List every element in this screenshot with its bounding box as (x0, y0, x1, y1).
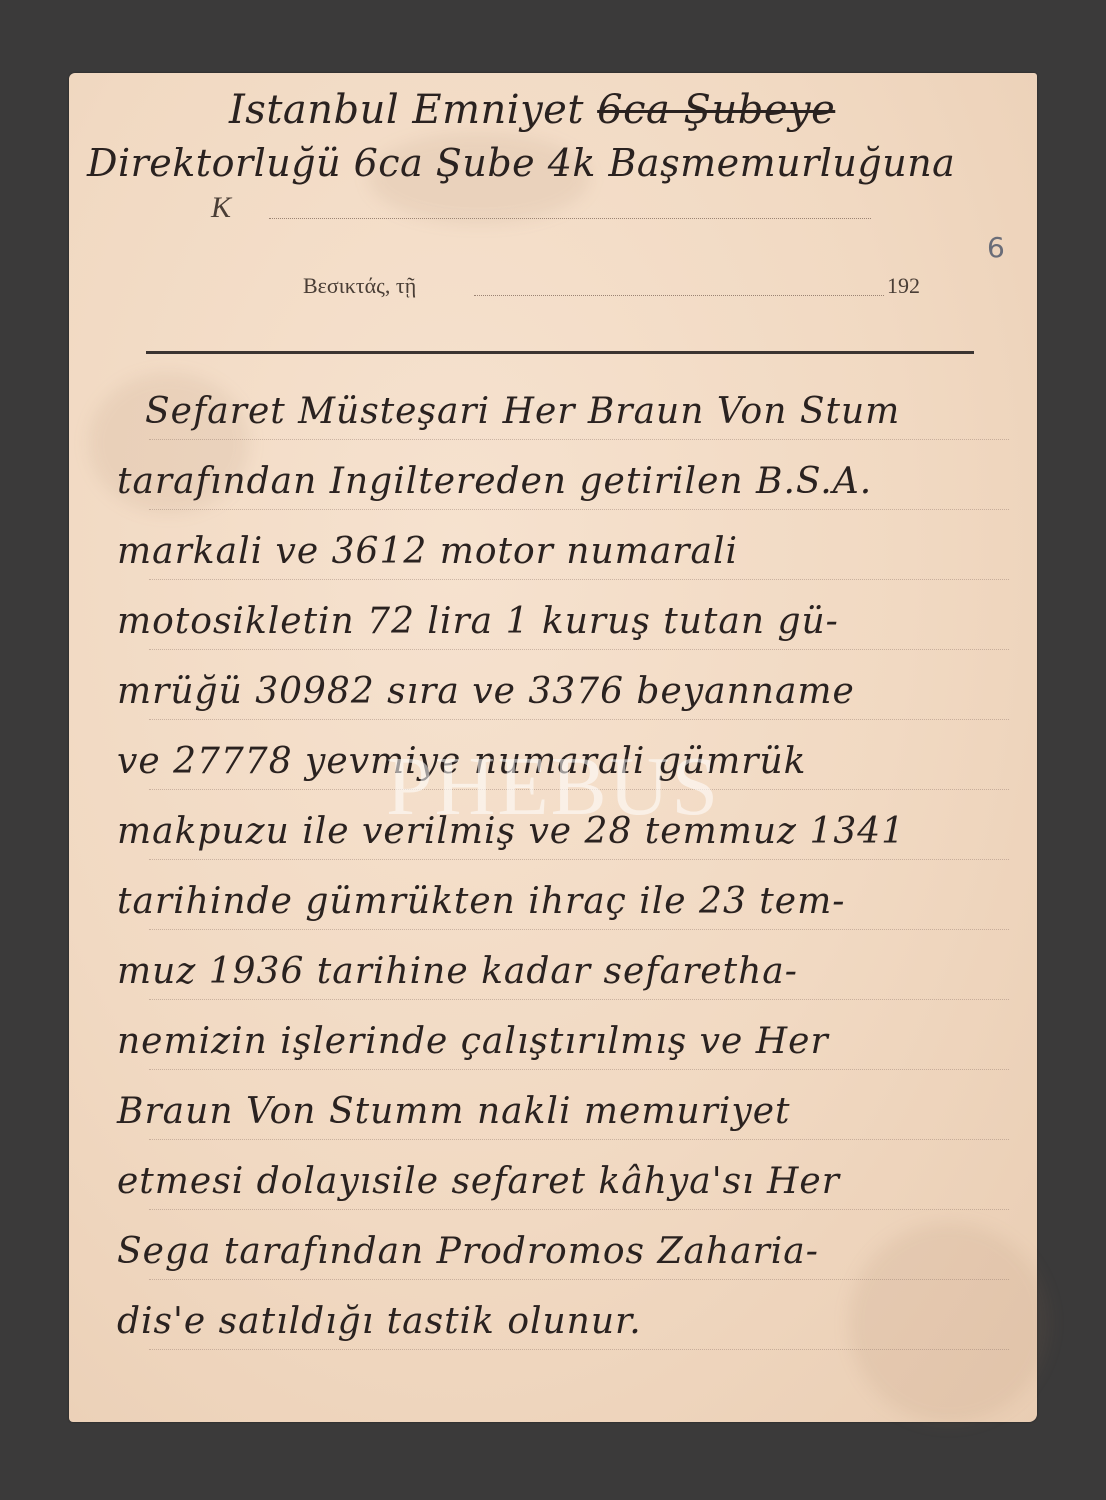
postcard: Istanbul Emniyet 6ca Şubeye Direktorluğü… (69, 73, 1037, 1422)
body-line: Braun Von Stumm nakli memuriyet (117, 1091, 791, 1132)
guide-line (149, 649, 1009, 650)
body-line: etmesi dolayısile sefaret kâhya'sı Her (117, 1161, 840, 1202)
address-line-2: Direktorluğü 6ca Şube 4k Başmemurluğuna (87, 141, 955, 185)
guide-line (149, 579, 1009, 580)
body-line: ve 27778 yevmiye numarali gümrük (117, 741, 806, 782)
address-city-text: Istanbul Emniyet (229, 87, 584, 133)
header-divider (146, 351, 974, 354)
guide-line (149, 929, 1009, 930)
guide-line (149, 999, 1009, 1000)
date-dotted-line (474, 295, 884, 296)
body-line: mrüğü 30982 sıra ve 3376 beyanname (117, 671, 855, 712)
guide-line (149, 509, 1009, 510)
body-line: muz 1936 tarihine kadar sefaretha- (117, 951, 798, 992)
guide-line (149, 1349, 1009, 1350)
guide-line (149, 859, 1009, 860)
printed-place-label: Βεσικτάς, τῇ (303, 273, 416, 299)
margin-note: 6 (987, 231, 1005, 264)
body-line: tarihinde gümrükten ihraç ile 23 tem- (117, 881, 845, 922)
guide-line (149, 789, 1009, 790)
guide-line (149, 719, 1009, 720)
body-line: markali ve 3612 motor numarali (117, 531, 738, 572)
paper-stain (849, 1223, 1049, 1423)
body-line: makpuzu ile verilmiş ve 28 temmuz 1341 (117, 811, 905, 852)
guide-line (149, 1139, 1009, 1140)
address-dotted-line (269, 218, 871, 219)
guide-line (149, 1069, 1009, 1070)
body-line: tarafından Ingiltereden getirilen B.S.A. (117, 461, 872, 502)
body-line: Sefaret Müsteşari Her Braun Von Stum (145, 391, 900, 432)
address-line-1: Istanbul Emniyet 6ca Şubeye (229, 87, 835, 133)
guide-line (149, 1279, 1009, 1280)
printed-k-prefix: K (211, 191, 231, 225)
struck-text: 6ca Şubeye (597, 87, 835, 133)
printed-year-prefix: 192 (887, 273, 920, 299)
body-line: Sega tarafından Prodromos Zaharia- (117, 1231, 819, 1272)
guide-line (149, 439, 1009, 440)
body-line: dis'e satıldığı tastik olunur. (117, 1301, 642, 1342)
body-line: nemizin işlerinde çalıştırılmış ve Her (117, 1021, 829, 1062)
body-line: motosikletin 72 lira 1 kuruş tutan gü- (117, 601, 839, 642)
guide-line (149, 1209, 1009, 1210)
